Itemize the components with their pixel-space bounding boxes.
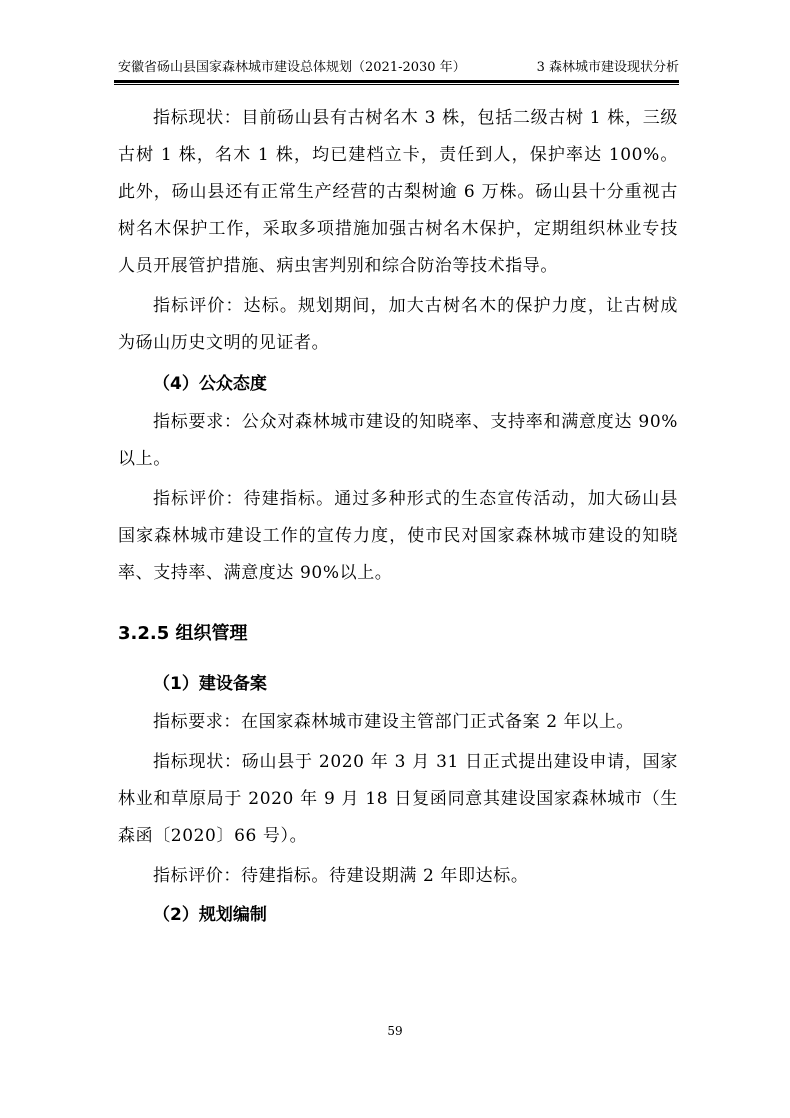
paragraph-filing-evaluation: 指标评价：待建指标。待建设期满 2 年即达标。 bbox=[118, 858, 678, 895]
page-header: 安徽省砀山县国家森林城市建设总体规划（2021-2030 年） 3 森林城市建设… bbox=[114, 58, 679, 78]
header-document-title: 安徽省砀山县国家森林城市建设总体规划（2021-2030 年） bbox=[118, 58, 466, 78]
paragraph-public-requirement: 指标要求：公众对森林城市建设的知晓率、支持率和满意度达 90%以上。 bbox=[118, 404, 678, 478]
page-number: 59 bbox=[0, 1024, 790, 1038]
subheading-public-attitude: （4）公众态度 bbox=[118, 364, 678, 404]
paragraph-filing-status: 指标现状：砀山县于 2020 年 3 月 31 日正式提出建设申请，国家林业和草… bbox=[118, 744, 678, 855]
paragraph-public-evaluation: 指标评价：待建指标。通过多种形式的生态宣传活动，加大砀山县国家森林城市建设工作的… bbox=[118, 481, 678, 592]
header-chapter-title: 3 森林城市建设现状分析 bbox=[537, 58, 679, 78]
subheading-construction-filing: （1）建设备案 bbox=[118, 664, 678, 704]
paragraph-filing-requirement: 指标要求：在国家森林城市建设主管部门正式备案 2 年以上。 bbox=[118, 704, 678, 741]
header-rule-thick bbox=[114, 80, 679, 83]
paragraph-ancient-trees-evaluation: 指标评价：达标。规划期间，加大古树名木的保护力度，让古树成为砀山历史文明的见证者… bbox=[118, 288, 678, 362]
subheading-planning-compilation: （2）规划编制 bbox=[118, 895, 678, 935]
page-body: 指标现状：目前砀山县有古树名木 3 株，包括二级古树 1 株，三级古树 1 株，… bbox=[118, 100, 678, 935]
header-rule-thin bbox=[114, 84, 679, 85]
paragraph-ancient-trees-status: 指标现状：目前砀山县有古树名木 3 株，包括二级古树 1 株，三级古树 1 株，… bbox=[118, 100, 678, 285]
section-heading-organization-management: 3.2.5 组织管理 bbox=[118, 614, 678, 654]
